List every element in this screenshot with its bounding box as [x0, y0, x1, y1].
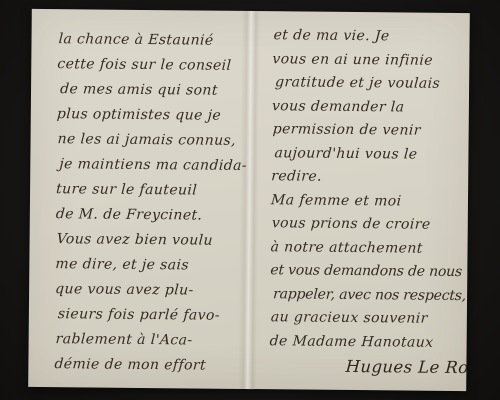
handwritten-line: sieurs fois parlé favo-: [57, 302, 239, 329]
handwritten-line: rablement à l'Aca-: [55, 327, 239, 354]
handwritten-line: que vous avez plu-: [54, 277, 239, 304]
handwritten-line: démie de mon effort: [54, 352, 239, 379]
handwritten-line: me dire, et je sais: [55, 252, 240, 279]
handwritten-line: gratitude et je voulais: [274, 71, 465, 96]
letter-page-right: et de ma vie. Je vous en ai une infinie …: [247, 11, 470, 391]
handwritten-line: redire.: [270, 165, 464, 190]
letter-page-left: la chance à Estaunié cette fois sur le c…: [28, 9, 251, 389]
handwritten-line: la chance à Estaunié: [58, 27, 242, 54]
signature: Hugues Le Roux: [272, 353, 464, 379]
handwritten-line: à notre attachement: [270, 236, 464, 261]
handwritten-line: ture sur le fauteuil: [55, 177, 240, 204]
handwritten-line: vous prions de croire: [271, 212, 464, 237]
handwritten-line: aujourd'hui vous le: [274, 142, 465, 167]
handwritten-line: et vous demandons de nous: [270, 259, 464, 284]
handwritten-line: vous en ai une infinie: [272, 48, 466, 73]
handwritten-line: ne les ai jamais connus,: [57, 127, 241, 154]
handwritten-line: cette fois sur le conseil: [57, 52, 242, 79]
handwritten-line: rappeler, avec nos respects,: [272, 283, 463, 308]
handwritten-line: au gracieux souvenir: [270, 306, 463, 331]
handwritten-line: de Madame Hanotaux: [269, 330, 463, 355]
handwritten-line: Vous avez bien voulu: [56, 227, 240, 254]
handwritten-line: Ma femme et moi: [270, 189, 464, 214]
letter-sheet: la chance à Estaunié cette fois sur le c…: [28, 9, 470, 391]
handwritten-line: je maintiens ma candida-: [59, 152, 241, 179]
handwritten-line: de mes amis qui sont: [59, 77, 241, 104]
handwritten-line: permission de venir: [272, 118, 465, 143]
photo-background: la chance à Estaunié cette fois sur le c…: [0, 0, 500, 400]
handwritten-line: vous demander la: [271, 95, 465, 120]
handwritten-line: de M. de Freycinet.: [55, 202, 240, 229]
handwritten-line: plus optimistes que je: [56, 102, 241, 129]
handwritten-line: et de ma vie. Je: [273, 24, 466, 49]
